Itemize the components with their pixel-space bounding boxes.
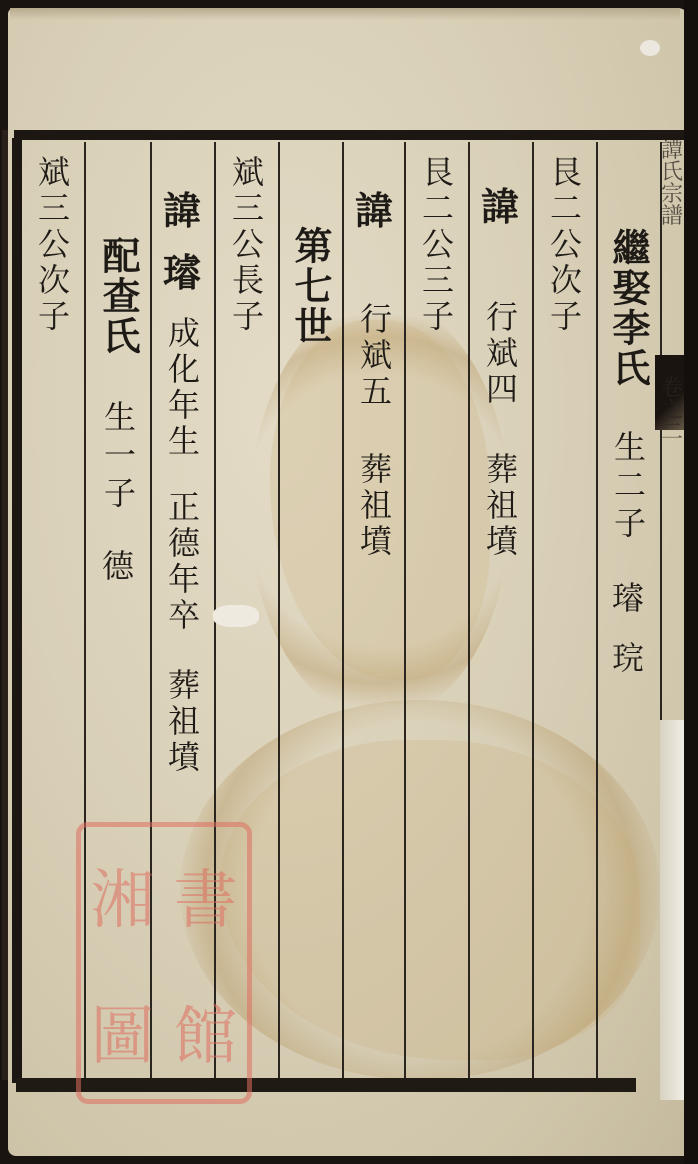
- column-7-lineage: 斌三公長子: [218, 155, 274, 343]
- burial-text: 葬祖墳: [166, 668, 198, 776]
- burial-text: 葬祖墳: [358, 452, 390, 560]
- frame-top-border: [14, 130, 684, 140]
- column-8-entry: 諱 璿 成化年生 正德年卒 葬祖墳: [154, 192, 210, 784]
- frame-left-border: [12, 138, 22, 1083]
- column-6-generation-heading: 第七世: [282, 226, 338, 352]
- column-rule: [342, 142, 344, 1078]
- paper-hole: [640, 40, 660, 56]
- frame-bottom-border: [16, 1078, 636, 1092]
- son-name: 璿: [612, 582, 644, 614]
- paper-damage: [213, 605, 259, 627]
- sons-count: 生一子: [102, 400, 134, 514]
- taboo-name-label: 諱: [481, 188, 519, 226]
- birth-text: 成化年生: [166, 316, 198, 460]
- column-1-second-wife: 繼娶李氏 生二子 璿 琓: [600, 228, 656, 682]
- son-name: 琓: [612, 642, 644, 674]
- column-rule: [596, 142, 598, 1078]
- column-9-spouse: 配查氏 生一子 德: [90, 236, 146, 590]
- rank-text: 行斌五: [358, 302, 390, 410]
- margin-volume-char: 卷: [661, 378, 683, 400]
- column-10-lineage: 斌三公次子: [24, 155, 80, 343]
- death-text: 正德年卒: [166, 490, 198, 634]
- column-4-lineage: 艮二公三子: [408, 155, 464, 343]
- frame-left-outer: [2, 130, 8, 1080]
- spouse-name: 配查氏: [99, 236, 137, 356]
- taboo-name-label: 諱: [355, 192, 393, 230]
- lineage-text: 斌三公次子: [36, 155, 68, 335]
- column-rule: [278, 142, 280, 1078]
- page-right-edge: [684, 0, 698, 1164]
- column-5-entry: 諱 行斌五 葬祖墳: [346, 192, 402, 568]
- generation-heading: 第七世: [291, 226, 329, 346]
- margin-title-char: 譜: [661, 206, 683, 228]
- column-rule: [404, 142, 406, 1078]
- torn-top-edge: [10, 8, 680, 20]
- column-2-lineage: 艮二公次子: [536, 155, 592, 343]
- column-3-entry: 諱 行斌四 葬祖墳: [472, 188, 528, 568]
- lineage-text: 艮二公三子: [420, 155, 452, 335]
- taboo-name-label: 諱: [163, 192, 201, 230]
- person-name: 璿: [163, 254, 201, 292]
- margin-title-char: 譚: [661, 140, 683, 162]
- margin-volume-char: 之: [661, 400, 683, 422]
- column-rule: [532, 142, 534, 1078]
- wife-name: 繼娶李氏: [609, 228, 647, 388]
- burial-text: 葬祖墳: [484, 452, 516, 560]
- lineage-text: 斌三公長子: [230, 155, 262, 335]
- column-rule: [468, 142, 470, 1078]
- lineage-text: 艮二公次子: [548, 155, 580, 335]
- column-rule: [84, 142, 86, 1078]
- margin-title-char: 宗: [661, 184, 683, 206]
- margin-heading: 譚 氏 宗 譜 卷 之 二: [660, 140, 684, 660]
- rank-text: 行斌四: [484, 300, 516, 408]
- son-name: 德: [102, 550, 134, 582]
- sons-count: 生二子: [612, 430, 644, 544]
- column-rule: [150, 142, 152, 1078]
- margin-title-char: 氏: [661, 162, 683, 184]
- margin-volume-char: 二: [661, 422, 683, 444]
- paper-edge-light: [660, 720, 686, 1100]
